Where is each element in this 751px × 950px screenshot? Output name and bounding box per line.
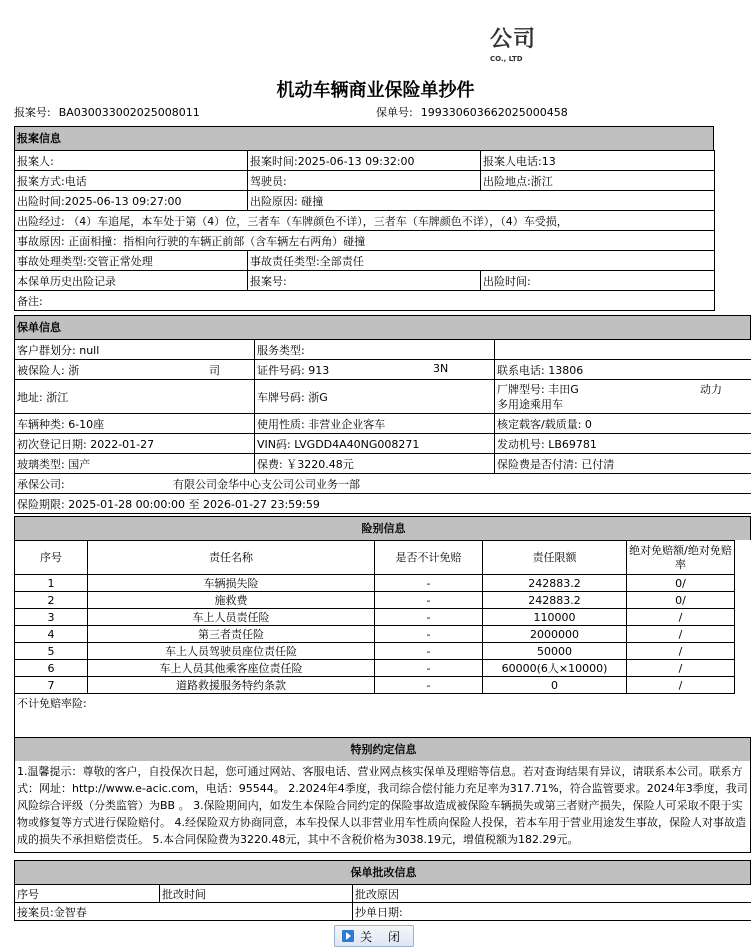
endorsement-section: 保单批改信息 序号 批改时间 批改原因 接案员:金智春 抄单日期: (14, 860, 751, 921)
no-deductible-block: 不计免赔率险: (14, 694, 751, 742)
cell: 第三者责任险 (88, 626, 375, 643)
table-row: 7道路救援服务特约条款-0/ (15, 677, 735, 694)
history-report-no-cell: 报案号: (248, 271, 481, 291)
cell: / (627, 609, 735, 626)
period-separator: 至 (189, 498, 200, 511)
accident-reason-value: 正面相撞：指相向行驶的车辆正前部（含车辆左右两角）碰撞 (68, 235, 365, 248)
remarks-cell: 备注: (15, 291, 715, 311)
section-title: 险别信息 (14, 516, 751, 540)
label: 报案方式: (17, 175, 65, 188)
cell: 车辆损失险 (88, 575, 375, 592)
paid-value: 已付清 (581, 458, 614, 471)
customer-group-cell: 客户群划分: null (15, 340, 255, 360)
cell: 5 (15, 643, 88, 660)
cell: 2 (15, 592, 88, 609)
service-type-cell: 服务类型: (255, 340, 495, 360)
endorsement-table: 序号 批改时间 批改原因 接案员:金智春 抄单日期: (14, 884, 751, 921)
label: 驾驶员: (250, 175, 287, 188)
report-no-value: BA030033002025008011 (59, 106, 200, 119)
insured-value: 浙 (68, 364, 79, 377)
cell: / (627, 660, 735, 677)
table-row: 5车上人员驾驶员座位责任险-50000/ (15, 643, 735, 660)
risk-table-header: 序号 责任名称 是否不计免赔 责任限额 绝对免赔额/绝对免赔率 (15, 541, 735, 575)
id-no-value-suffix: 3N (433, 362, 448, 375)
label: 报案人电话: (483, 155, 542, 168)
cell: / (627, 677, 735, 694)
handling-type-cell: 事故处理类型:交管正常处理 (15, 251, 248, 271)
table-row: 3车上人员责任险-110000/ (15, 609, 735, 626)
label: 厂牌型号: (497, 383, 545, 396)
id-no-cell: 证件号码: 9133N (255, 360, 495, 380)
accident-time-value: 2025-06-13 09:27:00 (65, 195, 182, 208)
glass-type-value: 国产 (68, 458, 90, 471)
section-title: 特别约定信息 (14, 737, 751, 761)
handler-value: 金智春 (54, 906, 87, 919)
contact-phone-value: 13806 (548, 364, 583, 377)
vin-cell: VIN码: LVGDD4A40NG008271 (255, 434, 495, 454)
label: 报案号: (250, 275, 287, 288)
premium-value: ￥3220.48元 (286, 458, 354, 471)
cell: - (375, 609, 483, 626)
label: 保费: (257, 458, 283, 471)
label: VIN码: (257, 438, 291, 451)
brand-model-value-line2: 多用途乘用车 (497, 398, 563, 411)
special-terms-section: 特别约定信息 1.温馨提示：尊敬的客户，自投保次日起，您可通过网站、客服电话、营… (14, 737, 751, 853)
insured-cell: 被保险人: 浙司 (15, 360, 255, 380)
driver-cell: 驾驶员: (248, 171, 481, 191)
logo-name-zh: 公司 (490, 27, 550, 53)
table-row: 6车上人员其他乘客座位责任险-60000(6人×10000)/ (15, 660, 735, 677)
empty-cell (495, 340, 751, 360)
special-terms-text: 1.温馨提示：尊敬的客户，自投保次日起，您可通过网站、客服电话、营业网点核实保单… (14, 761, 751, 853)
cell: 50000 (483, 643, 627, 660)
period-end-value: 2026-01-27 23:59:59 (203, 498, 320, 511)
label: 本保单历史出险记录 (17, 275, 116, 288)
vehicle-type-cell: 车辆种类: 6-10座 (15, 414, 255, 434)
cell: 2000000 (483, 626, 627, 643)
cell: - (375, 592, 483, 609)
label: 出险地点: (483, 175, 531, 188)
cell: 道路救援服务特约条款 (88, 677, 375, 694)
policy-info-section: 保单信息 客户群划分: null 服务类型: 被保险人: 浙司 证件号码: 91… (14, 315, 751, 514)
label: 核定载客/载质量: (497, 418, 581, 431)
col-header: 序号 (15, 541, 88, 575)
table-row: 4第三者责任险-2000000/ (15, 626, 735, 643)
report-method-cell: 报案方式:电话 (15, 171, 248, 191)
label: 服务类型: (257, 344, 305, 357)
customer-group-value: null (79, 344, 99, 357)
cell: - (375, 660, 483, 677)
cell: 3 (15, 609, 88, 626)
label: 出险经过: (17, 215, 65, 228)
label: 出险时间: (17, 195, 65, 208)
company-logo: 公司 CO., LTD (490, 27, 550, 64)
play-arrow-icon (342, 930, 354, 942)
label: 报案时间: (250, 155, 298, 168)
accident-cause-cell: 出险原因: 碰撞 (248, 191, 715, 211)
first-reg-value: 2022-01-27 (90, 438, 154, 451)
section-title: 保单批改信息 (14, 860, 751, 884)
cell: 242883.2 (483, 575, 627, 592)
col-time: 批改时间 (160, 885, 353, 903)
report-time-cell: 报案时间:2025-06-13 09:32:00 (248, 151, 481, 171)
label: 事故责任类型: (250, 255, 320, 268)
label: 车辆种类: (17, 418, 65, 431)
label: 保险期限: (17, 498, 65, 511)
accident-place-cell: 出险地点:浙江 (481, 171, 715, 191)
cell: 车上人员责任险 (88, 609, 375, 626)
glass-type-cell: 玻璃类型: 国产 (15, 454, 255, 474)
cell: 车上人员驾驶员座位责任险 (88, 643, 375, 660)
label: 事故原因: (17, 235, 65, 248)
risk-table: 序号 责任名称 是否不计免赔 责任限额 绝对免赔额/绝对免赔率 1车辆损失险-2… (14, 540, 735, 694)
brand-model-cell: 厂牌型号: 丰田G动力 多用途乘用车 (495, 380, 751, 414)
label: 客户群划分: (17, 344, 76, 357)
liability-type-value: 全部责任 (320, 255, 364, 268)
col-header: 是否不计免赔 (375, 541, 483, 575)
cell: 7 (15, 677, 88, 694)
close-button[interactable]: 关 闭 (334, 925, 414, 947)
id-no-value: 913 (308, 364, 329, 377)
insurer-value: 有限公司金华中心支公司公司业务一部 (173, 476, 360, 492)
copy-date-cell: 抄单日期: (353, 903, 751, 921)
usage-value: 非营业企业客车 (308, 418, 385, 431)
label: 报案人: (17, 155, 54, 168)
insured-value-suffix: 司 (209, 362, 220, 378)
col-seq: 序号 (15, 885, 160, 903)
contact-phone-cell: 联系电话: 13806 (495, 360, 751, 380)
cell: - (375, 643, 483, 660)
premium-cell: 保费: ￥3220.48元 (255, 454, 495, 474)
label: 车牌号码: (257, 391, 305, 404)
label: 事故处理类型: (17, 255, 87, 268)
address-cell: 地址: 浙江 (15, 380, 255, 414)
capacity-value: 0 (585, 418, 592, 431)
handling-type-value: 交管正常处理 (87, 255, 153, 268)
vin-value: LVGDD4A40NG008271 (294, 438, 419, 451)
col-header: 责任名称 (88, 541, 375, 575)
cell: 1 (15, 575, 88, 592)
cell: - (375, 575, 483, 592)
cell: 4 (15, 626, 88, 643)
section-title: 保单信息 (14, 315, 751, 339)
cell: 0 (483, 677, 627, 694)
table-row: 2施救费-242883.20/ (15, 592, 735, 609)
capacity-cell: 核定载客/载质量: 0 (495, 414, 751, 434)
period-start-value: 2025-01-28 00:00:00 (68, 498, 185, 511)
history-cell: 本保单历史出险记录 (15, 271, 248, 291)
label: 初次登记日期: (17, 438, 87, 451)
label: 保险费是否付清: (497, 458, 578, 471)
accident-process-value: （4）车追尾，本车处于第（4）位，三者车（车牌颜色不详），三者车（车牌颜色不详）… (68, 215, 568, 228)
period-cell: 保险期限: 2025-01-28 00:00:00 至 2026-01-27 2… (15, 494, 751, 514)
label: 联系电话: (497, 364, 545, 377)
label: 地址: (17, 391, 43, 404)
brand-model-value: 丰田G (548, 383, 579, 396)
cell: 0/ (627, 592, 735, 609)
accident-place-value: 浙江 (531, 175, 553, 188)
insurer-cell: 承保公司:有限公司金华中心支公司公司业务一部 (15, 474, 751, 494)
col-header: 绝对免赔额/绝对免赔率 (627, 541, 735, 575)
reporter-cell: 报案人: (15, 151, 248, 171)
label: 证件号码: (257, 364, 305, 377)
first-reg-cell: 初次登记日期: 2022-01-27 (15, 434, 255, 454)
close-button-label: 关 闭 (360, 928, 406, 945)
report-info-table: 报案人: 报案时间:2025-06-13 09:32:00 报案人电话:13 报… (14, 150, 715, 311)
cell: 0/ (627, 575, 735, 592)
label: 使用性质: (257, 418, 305, 431)
vehicle-type-value: 6-10座 (68, 418, 104, 431)
label: 出险时间: (483, 275, 531, 288)
report-no-label: 报案号: (14, 106, 51, 119)
address-value: 浙江 (46, 391, 68, 404)
cell: / (627, 643, 735, 660)
liability-type-cell: 事故责任类型:全部责任 (248, 251, 715, 271)
usage-cell: 使用性质: 非营业企业客车 (255, 414, 495, 434)
page-title: 机动车辆商业保险单抄件 (0, 76, 751, 102)
cell: - (375, 626, 483, 643)
col-header: 责任限额 (483, 541, 627, 575)
cell: 110000 (483, 609, 627, 626)
plate-no-value: 浙G (308, 391, 328, 404)
col-reason: 批改原因 (353, 885, 751, 903)
report-time-value: 2025-06-13 09:32:00 (298, 155, 415, 168)
reference-line: 报案号:BA030033002025008011 保单号:19933060366… (14, 104, 734, 120)
policy-no-value: 199330603662025000458 (421, 106, 568, 119)
policy-no: 保单号:199330603662025000458 (376, 104, 568, 120)
report-method-value: 电话 (65, 175, 87, 188)
label: 出险原因: (250, 195, 298, 208)
label: 被保险人: (17, 364, 65, 377)
cell: 60000(6人×10000) (483, 660, 627, 677)
accident-cause-value: 碰撞 (301, 195, 323, 208)
label: 玻璃类型: (17, 458, 65, 471)
cell: 车上人员其他乘客座位责任险 (88, 660, 375, 677)
accident-process-cell: 出险经过: （4）车追尾，本车处于第（4）位，三者车（车牌颜色不详），三者车（车… (15, 211, 715, 231)
report-no: 报案号:BA030033002025008011 (14, 104, 200, 120)
label: 抄单日期: (355, 906, 403, 919)
table-row: 1车辆损失险-242883.20/ (15, 575, 735, 592)
label: 备注: (17, 295, 43, 308)
brand-model-value-suffix: 动力 (700, 382, 722, 397)
report-info-section: 报案信息 报案人: 报案时间:2025-06-13 09:32:00 报案人电话… (14, 126, 714, 311)
label: 发动机号: (497, 438, 545, 451)
accident-time-cell: 出险时间:2025-06-13 09:27:00 (15, 191, 248, 211)
risk-info-section: 险别信息 序号 责任名称 是否不计免赔 责任限额 绝对免赔额/绝对免赔率 1车辆… (14, 516, 751, 742)
engine-cell: 发动机号: LB69781 (495, 434, 751, 454)
policy-info-table: 客户群划分: null 服务类型: 被保险人: 浙司 证件号码: 9133N 联… (14, 339, 751, 514)
logo-name-en: CO., LTD (490, 54, 550, 64)
accident-reason-cell: 事故原因: 正面相撞：指相向行驶的车辆正前部（含车辆左右两角）碰撞 (15, 231, 715, 251)
reporter-phone-cell: 报案人电话:13 (481, 151, 715, 171)
reporter-phone-value: 13 (542, 155, 556, 168)
cell: 242883.2 (483, 592, 627, 609)
history-time-cell: 出险时间: (481, 271, 715, 291)
cell: - (375, 677, 483, 694)
policy-no-label: 保单号: (376, 106, 413, 119)
handler-cell: 接案员:金智春 (15, 903, 353, 921)
label: 接案员: (17, 906, 54, 919)
cell: / (627, 626, 735, 643)
section-title: 报案信息 (14, 126, 714, 150)
cell: 施救费 (88, 592, 375, 609)
no-deductible-label: 不计免赔率险: (17, 697, 87, 710)
cell: 6 (15, 660, 88, 677)
plate-no-cell: 车牌号码: 浙G (255, 380, 495, 414)
label: 承保公司: (17, 478, 65, 491)
engine-value: LB69781 (548, 438, 597, 451)
paid-cell: 保险费是否付清: 已付清 (495, 454, 751, 474)
